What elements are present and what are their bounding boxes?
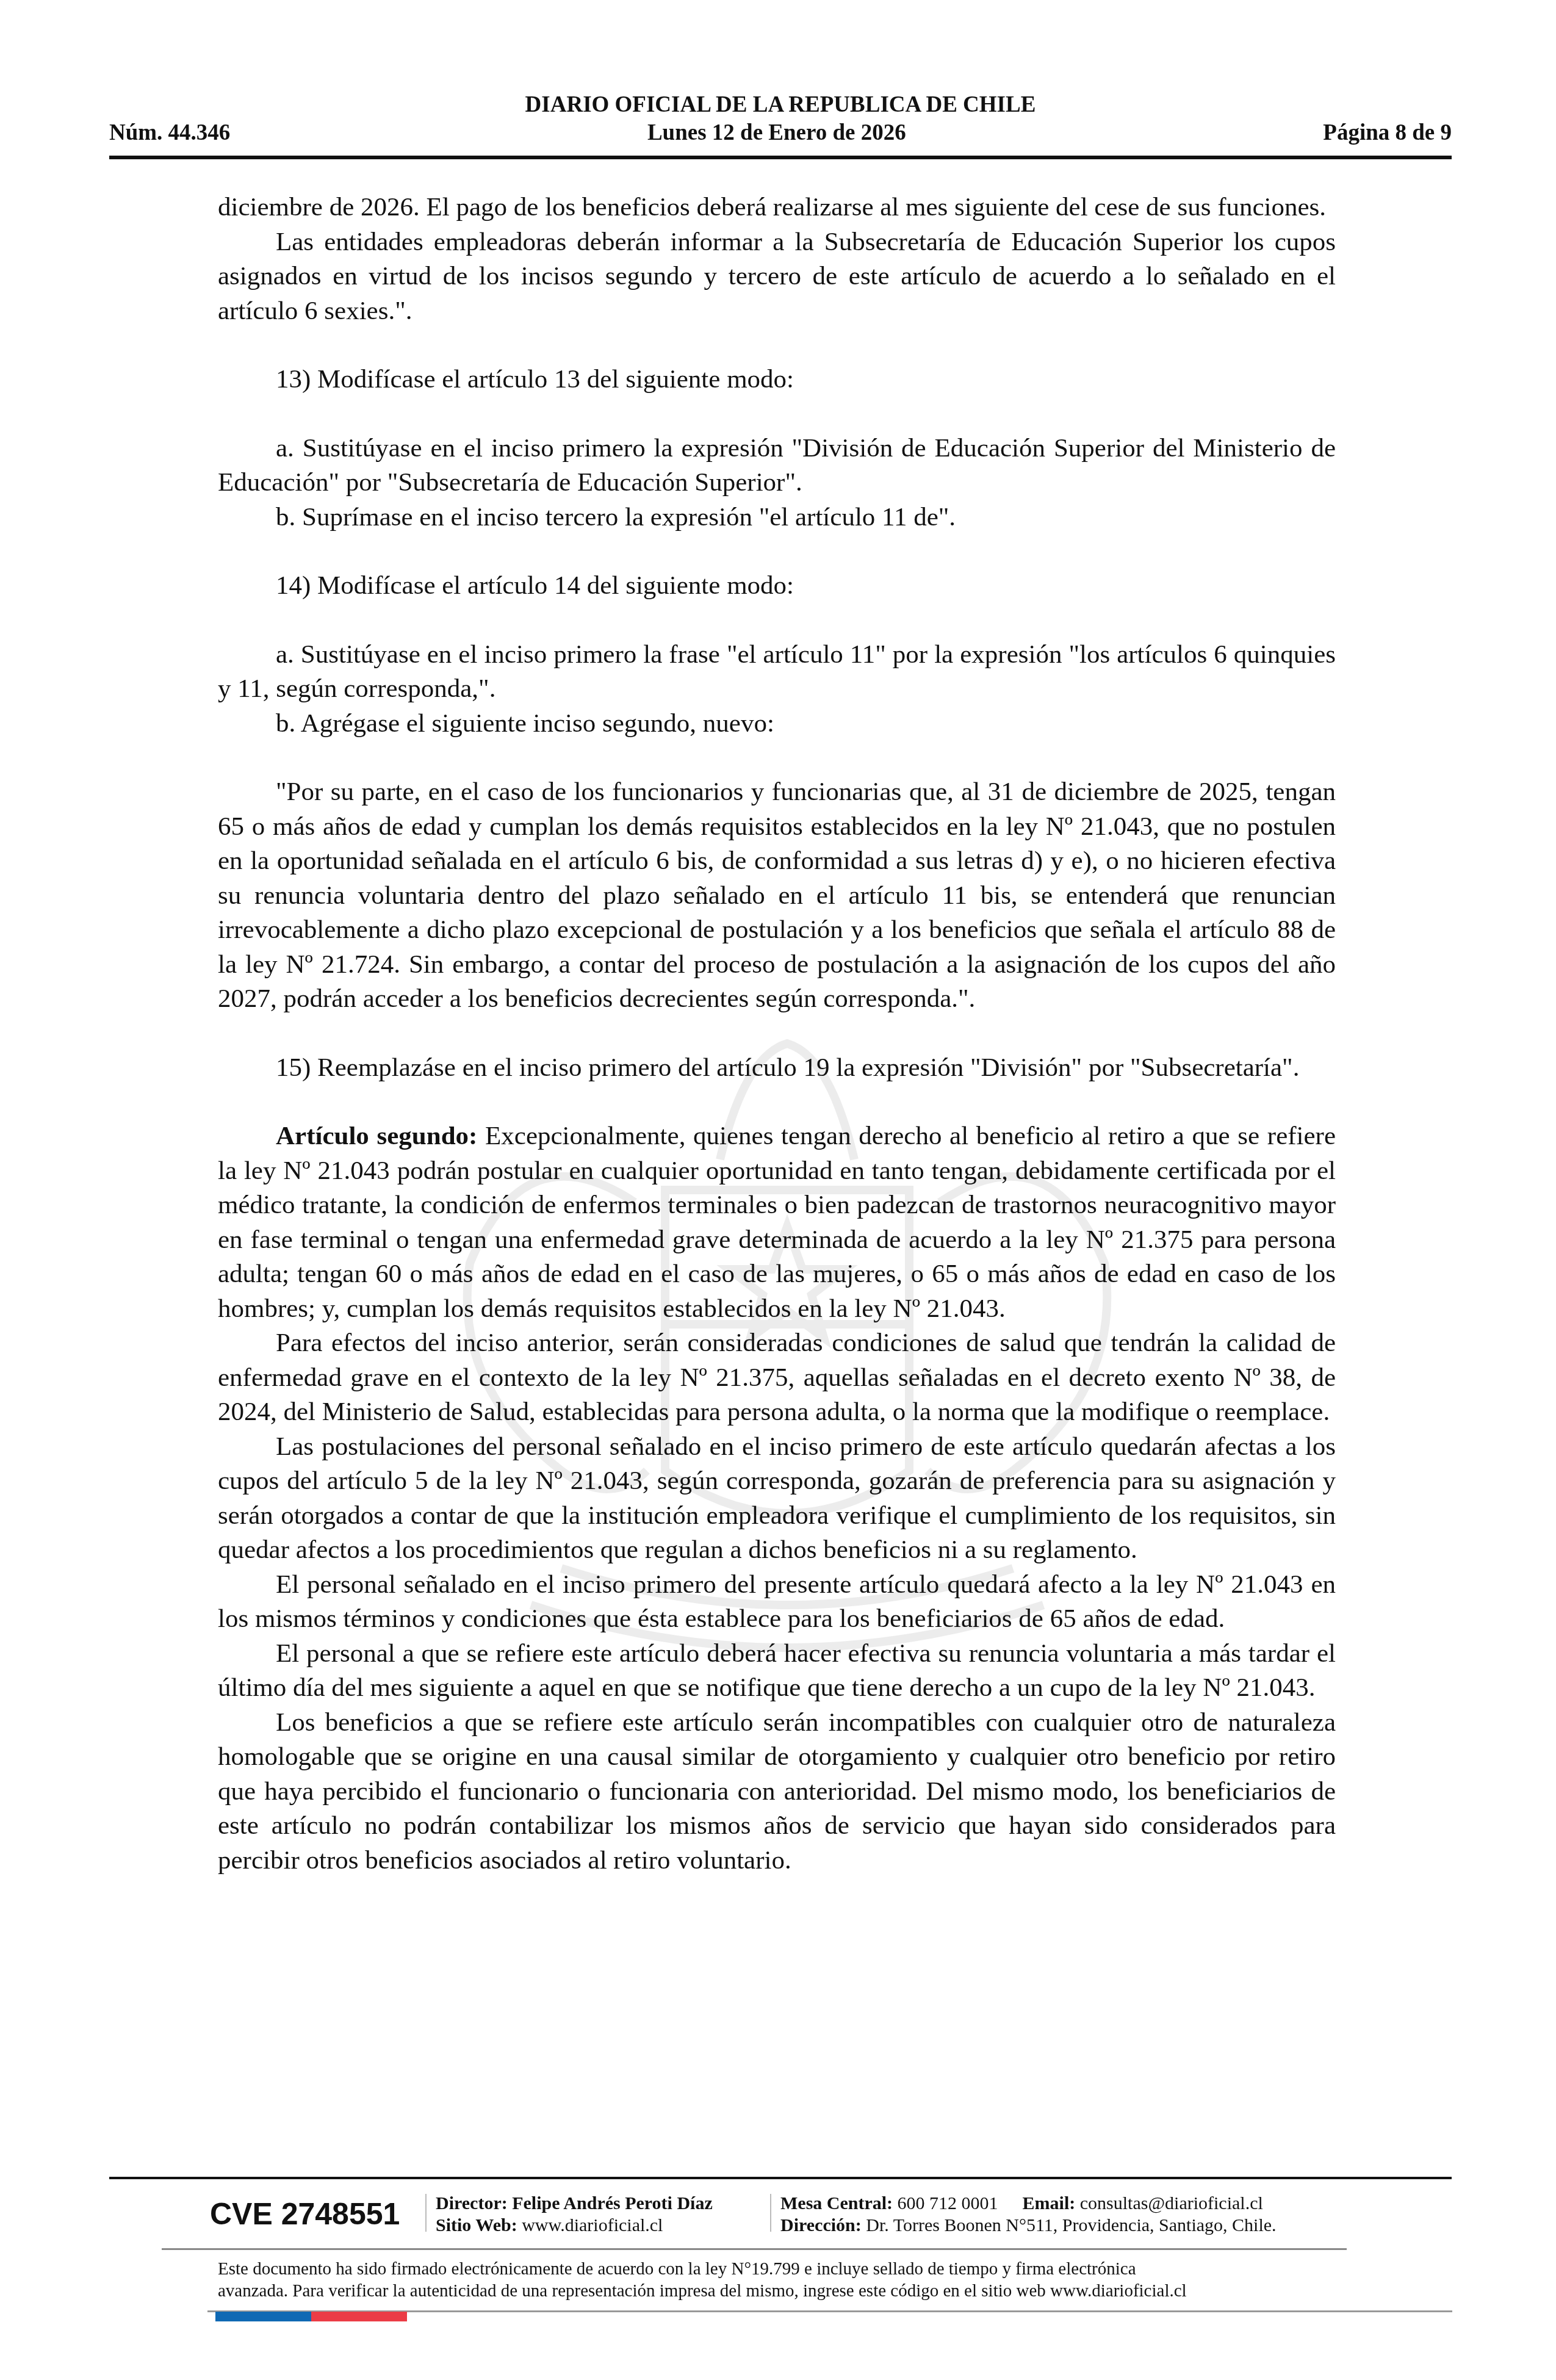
header-divider [109, 156, 1452, 159]
articulo-segundo-label: Artículo segundo: [276, 1122, 477, 1150]
articulo-segundo-p1: Artículo segundo: Excepcionalmente, quie… [218, 1119, 1336, 1326]
articulo-segundo-p2: Para efectos del inciso anterior, serán … [218, 1326, 1336, 1430]
address-value: Dr. Torres Boonen N°511, Providencia, Sa… [862, 2215, 1277, 2235]
footer-separator [770, 2194, 771, 2232]
publication-title: DIARIO OFICIAL DE LA REPUBLICA DE CHILE [109, 92, 1452, 118]
director-label: Director: [436, 2193, 508, 2213]
articulo-segundo-p5: El personal a que se refiere este artícu… [218, 1637, 1336, 1706]
paragraph-continuation: diciembre de 2026. El pago de los benefi… [218, 190, 1336, 225]
articulo-segundo-text: Excepcionalmente, quienes tengan derecho… [218, 1122, 1336, 1323]
flag-stripe-red [311, 2312, 407, 2321]
footer-contact-column: Mesa Central: 600 712 0001Email: consult… [780, 2193, 1277, 2237]
address-label: Dirección: [780, 2215, 862, 2235]
articulo-segundo-p3: Las postulaciones del personal señalado … [218, 1430, 1336, 1568]
articulo-segundo-p6: Los beneficios a que se refiere este art… [218, 1706, 1336, 1878]
footer-separator [425, 2194, 427, 2232]
item-13-b: b. Suprímase en el inciso tercero la exp… [218, 500, 1336, 535]
document-body: diciembre de 2026. El pago de los benefi… [218, 190, 1336, 1878]
item-14-b: b. Agrégase el siguiente inciso segundo,… [218, 707, 1336, 741]
phone-label: Mesa Central: [780, 2193, 893, 2213]
item-14-quote: "Por su parte, en el caso de los funcion… [218, 775, 1336, 1017]
website-label: Sitio Web: [436, 2215, 517, 2235]
item-14-heading: 14) Modifícase el artículo 14 del siguie… [218, 569, 1336, 604]
email-label: Email: [1023, 2193, 1076, 2213]
paragraph-entidades: Las entidades empleadoras deberán inform… [218, 225, 1336, 329]
issue-number: Núm. 44.346 [109, 120, 230, 146]
footer-divider-middle [162, 2248, 1347, 2250]
legal-line-1: Este documento ha sido firmado electróni… [218, 2258, 1336, 2280]
email-link[interactable]: consultas@diarioficial.cl [1075, 2193, 1263, 2213]
legal-line-2: avanzada. Para verificar la autenticidad… [218, 2280, 1336, 2302]
item-13-heading: 13) Modifícase el artículo 13 del siguie… [218, 362, 1336, 397]
footer-legal-notice: Este documento ha sido firmado electróni… [218, 2258, 1336, 2302]
articulo-segundo-p4: El personal señalado en el inciso primer… [218, 1568, 1336, 1637]
cve-code: CVE 2748551 [210, 2196, 400, 2232]
footer-director-column: Director: Felipe Andrés Peroti Díaz Siti… [436, 2193, 713, 2237]
item-15: 15) Reemplazáse en el inciso primero del… [218, 1051, 1336, 1086]
item-13-a: a. Sustitúyase en el inciso primero la e… [218, 431, 1336, 500]
director-name: Felipe Andrés Peroti Díaz [508, 2193, 713, 2213]
flag-stripe-blue [215, 2312, 311, 2321]
website-link[interactable]: www.diarioficial.cl [517, 2215, 663, 2235]
item-14-a: a. Sustitúyase en el inciso primero la f… [218, 638, 1336, 707]
issue-date: Lunes 12 de Enero de 2026 [647, 120, 906, 146]
phone-value: 600 712 0001 [893, 2193, 998, 2213]
footer-info: CVE 2748551 Director: Felipe Andrés Pero… [109, 2188, 1452, 2243]
page-indicator: Página 8 de 9 [1323, 120, 1452, 146]
footer-divider-top [109, 2177, 1452, 2179]
